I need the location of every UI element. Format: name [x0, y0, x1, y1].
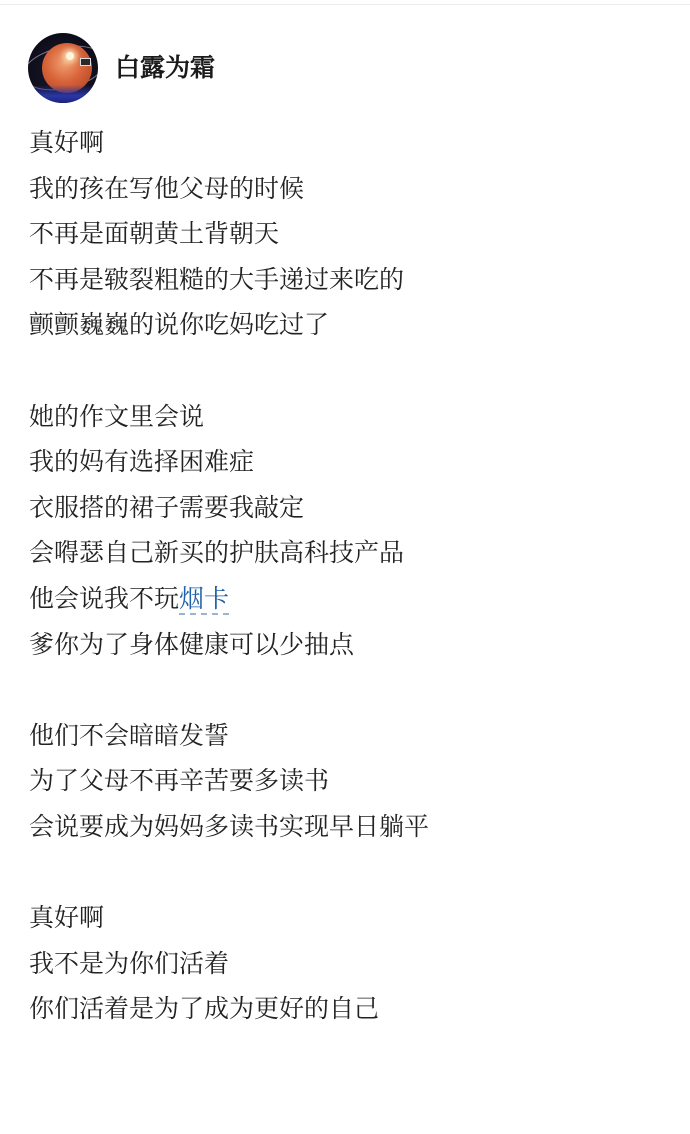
post-line: 我的孩在写他父母的时候 [29, 166, 669, 212]
post-line: 不再是皲裂粗糙的大手递过来吃的 [29, 257, 669, 303]
post-line: 会说要成为妈妈多读书实现早日躺平 [29, 804, 669, 850]
post-line: 爹你为了身体健康可以少抽点 [29, 622, 669, 668]
post-line: 你们活着是为了成为更好的自己 [29, 986, 669, 1032]
post-line: 会嘚瑟自己新买的护肤高科技产品 [29, 530, 669, 576]
topic-link[interactable]: 烟卡 [179, 584, 229, 615]
horizon-shape [28, 85, 98, 103]
post-line: 颤颤巍巍的说你吃妈吃过了 [29, 302, 669, 348]
post-line-text: 他会说我不玩 [29, 584, 179, 613]
post-line: 为了父母不再辛苦要多读书 [29, 758, 669, 804]
sun-glow-icon [66, 52, 74, 60]
post-line: 我不是为你们活着 [29, 941, 669, 987]
post-header: 白露为霜 [28, 33, 215, 103]
stanza-break [29, 850, 669, 896]
badge-icon [80, 58, 91, 66]
stanza-break [29, 348, 669, 394]
post-line: 我的妈有选择困难症 [29, 439, 669, 485]
post-body: 真好啊 我的孩在写他父母的时候 不再是面朝黄土背朝天 不再是皲裂粗糙的大手递过来… [29, 120, 669, 1032]
post-line: 真好啊 [29, 895, 669, 941]
post-line: 衣服搭的裙子需要我敲定 [29, 485, 669, 531]
post-line: 真好啊 [29, 120, 669, 166]
avatar[interactable] [28, 33, 98, 103]
post-line-with-link: 他会说我不玩烟卡 [29, 576, 669, 622]
author-name[interactable]: 白露为霜 [115, 53, 215, 83]
stanza-break [29, 667, 669, 713]
post-line: 她的作文里会说 [29, 394, 669, 440]
post-line: 他们不会暗暗发誓 [29, 713, 669, 759]
top-divider [0, 4, 690, 5]
post-line: 不再是面朝黄土背朝天 [29, 211, 669, 257]
